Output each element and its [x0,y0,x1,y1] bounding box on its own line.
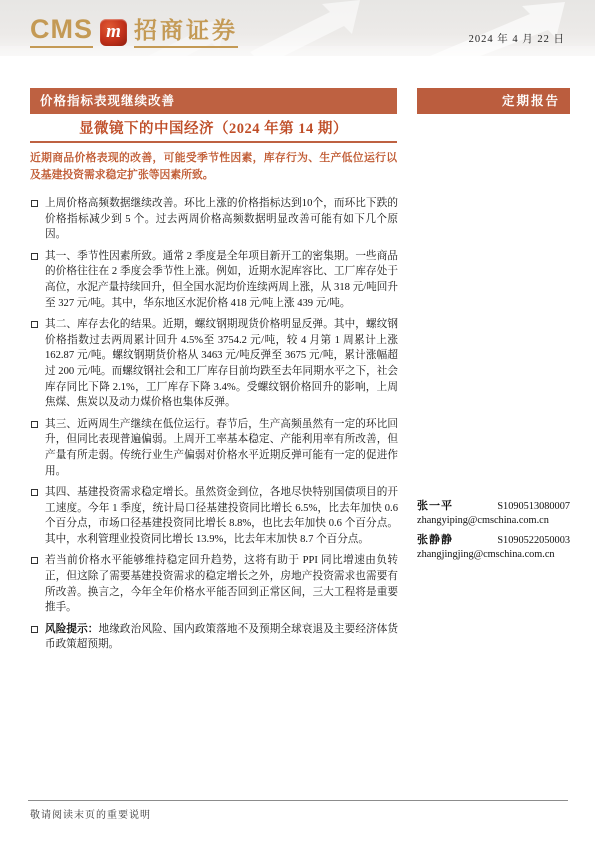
headline-bar: 价格指标表现继续改善 [30,88,397,114]
analyst-row: 张一平 S1090513080007 [417,497,570,513]
analyst-name: 张静静 [417,531,453,547]
report-page: CMS m 招商证券 2024 年 4 月 22 日 价格指标表现继续改善 定期… [0,0,595,841]
bullet-paragraph: 上周价格高频数据继续改善。环比上涨的价格指标达到10个，而环比下跌的价格指标减少… [30,196,398,243]
analyst-block: 张一平 S1090513080007 zhangyiping@cmschina.… [417,497,570,565]
square-bullet-icon [31,626,38,633]
header-band: CMS m 招商证券 2024 年 4 月 22 日 [0,0,595,56]
square-bullet-icon [31,489,38,496]
square-bullet-icon [31,200,38,207]
company-name: 招商证券 [134,19,238,48]
square-bullet-icon [31,321,38,328]
square-bullet-icon [31,557,38,564]
square-bullet-icon [31,421,38,428]
square-bullet-icon [31,253,38,260]
report-date: 2024 年 4 月 22 日 [469,31,565,46]
risk-label: 风险提示： [45,624,99,635]
footer-divider [28,800,568,801]
bullet-paragraph: 其四、基建投资需求稳定增长。虽然资金到位，各地尽快特别国债项目的开工速度。今年 … [30,485,398,547]
cms-logo-text: CMS [30,16,93,48]
title-divider [30,141,397,143]
analyst-email: zhangjingjing@cmschina.com.cn [417,549,570,560]
bullet-paragraph: 若当前价格水平能够维持稳定回升趋势，这将有助于 PPI 同比增速由负转正，但这除… [30,553,398,615]
analyst-cert-number: S1090513080007 [497,501,570,512]
report-title: 显微镜下的中国经济（2024 年第 14 期） [30,117,397,138]
analyst-cert-number: S1090522050003 [497,535,570,546]
bullet-paragraph: 其三、近两周生产继续在低位运行。春节后，生产高频虽然有一定的环比回升，但同比表现… [30,417,398,479]
analyst-email: zhangyiping@cmschina.com.cn [417,515,570,526]
risk-text: 地缘政治风险、国内政策落地不及预期全球衰退及主要经济体货币政策超预期。 [45,624,398,651]
footer-disclaimer: 敬请阅读末页的重要说明 [30,806,151,821]
risk-warning-paragraph: 风险提示：地缘政治风险、国内政策落地不及预期全球衰退及主要经济体货币政策超预期。 [30,622,398,653]
cms-logo: CMS m 招商证券 [30,16,238,48]
analyst-row: 张静静 S1090522050003 [417,531,570,547]
report-type-badge: 定期报告 [417,88,570,114]
analyst-name: 张一平 [417,497,453,513]
bullet-paragraph: 其二、库存去化的结果。近期，螺纹钢期现货价格明显反弹。其中，螺纹钢价格指数过去两… [30,317,398,411]
bullet-paragraph: 其一、季节性因素所致。通常 2 季度是全年项目新开工的密集期。一些商品的价格往往… [30,249,398,311]
cms-flame-badge-icon: m [100,19,127,46]
summary-abstract: 近期商品价格表现的改善，可能受季节性因素，库存行为、生产低位运行以及基建投资需求… [30,150,397,183]
body-bullets: 上周价格高频数据继续改善。环比上涨的价格指标达到10个，而环比下跌的价格指标减少… [30,196,398,659]
